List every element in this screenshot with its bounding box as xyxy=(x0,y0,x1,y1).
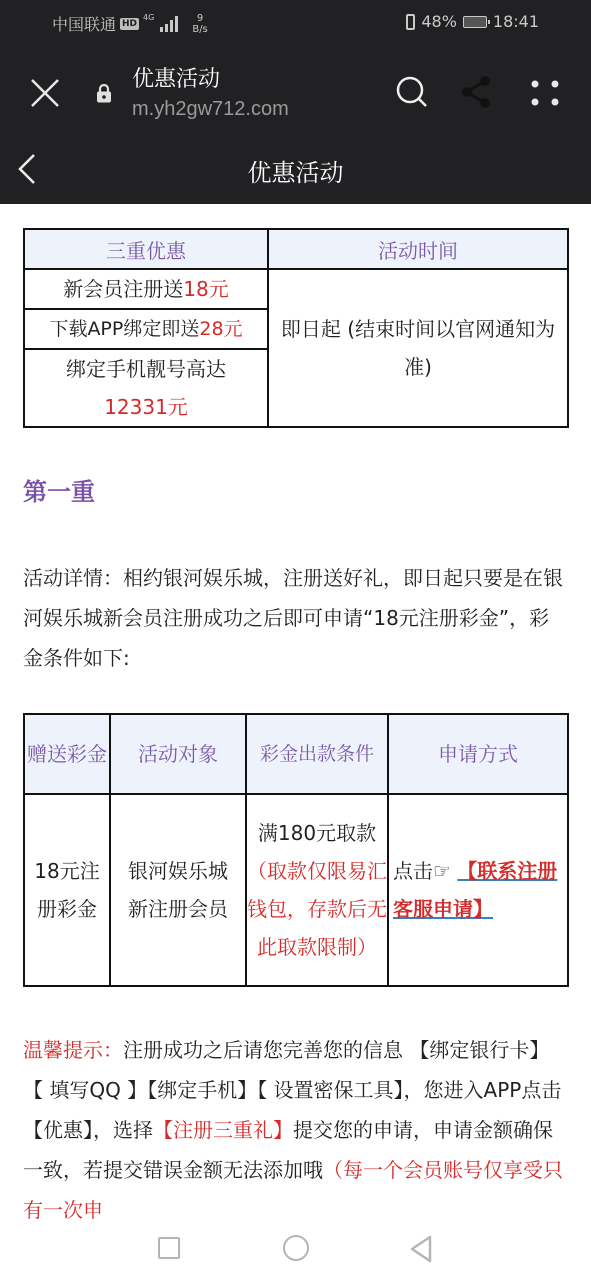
tip-paragraph: 温馨提示：注册成功之后请您完善您的信息 【绑定银行卡】 【 填写QQ 】【绑定手… xyxy=(23,1030,571,1220)
more-icon[interactable] xyxy=(528,76,562,110)
condition-main: 满180元取款 xyxy=(258,821,376,845)
promo-amount: 18元 xyxy=(183,277,228,301)
table-header: 活动时间 xyxy=(268,229,568,269)
table-header: 彩金出款条件 xyxy=(246,714,388,794)
back-triangle-icon[interactable] xyxy=(408,1234,434,1264)
table-cell-bonus: 18元注册彩金 xyxy=(24,794,110,986)
table-header: 三重优惠 xyxy=(24,229,268,269)
hd-icon: HD xyxy=(120,18,139,30)
table-cell: 绑定手机靓号高达12331元 xyxy=(24,349,268,427)
battery-icon xyxy=(463,16,487,28)
vibrate-icon xyxy=(406,14,415,30)
bonus-table: 赠送彩金 活动对象 彩金出款条件 申请方式 18元注册彩金 银河娱乐城新注册会员… xyxy=(23,713,569,987)
table-header: 活动对象 xyxy=(110,714,246,794)
url-text[interactable]: m.yh2gw712.com xyxy=(132,98,289,121)
activity-details: 活动详情：相约银河娱乐城，注册送好礼，即日起只要是在银河娱乐城新会员注册成功之后… xyxy=(23,558,568,678)
section-heading: 第一重 xyxy=(23,472,95,507)
battery-percent: 48% xyxy=(421,12,457,31)
table-cell-time: 即日起 (结束时间以官网通知为准) xyxy=(268,269,568,427)
table-cell: 新会员注册送18元 xyxy=(24,269,268,309)
close-icon[interactable] xyxy=(28,76,62,110)
net-speed: 9 B/s xyxy=(192,13,207,35)
page-header: 优惠活动 xyxy=(0,135,591,204)
tip-label: 温馨提示： xyxy=(23,1038,123,1062)
promo-amount: 12331元 xyxy=(104,395,188,419)
promo-amount: 28元 xyxy=(199,318,242,340)
carrier-label: 中国联通 xyxy=(52,12,116,35)
status-bar: 中国联通 HD 4G 9 B/s 48% 18:41 xyxy=(0,0,591,50)
promo-text: 下载APP绑定即送 xyxy=(49,318,199,340)
table-cell-target: 银河娱乐城新注册会员 xyxy=(110,794,246,986)
promo-text: 绑定手机靓号高达 xyxy=(66,357,226,381)
table-header: 申请方式 xyxy=(388,714,568,794)
tip-highlight: 【注册三重礼】 xyxy=(153,1118,293,1142)
search-icon[interactable] xyxy=(394,74,430,110)
status-right: 48% 18:41 xyxy=(406,12,539,31)
table-cell: 下载APP绑定即送28元 xyxy=(24,309,268,349)
table-header: 赠送彩金 xyxy=(24,714,110,794)
status-left: 中国联通 HD 4G 9 B/s xyxy=(52,12,208,35)
recents-icon[interactable] xyxy=(158,1237,180,1259)
promo-summary-table: 三重优惠 活动时间 新会员注册送18元 即日起 (结束时间以官网通知为准) 下载… xyxy=(23,228,569,428)
promo-text: 新会员注册送 xyxy=(63,277,183,301)
apply-prefix: 点击☞ xyxy=(393,859,451,883)
network-type: 4G xyxy=(143,13,154,22)
system-nav-bar xyxy=(0,1220,591,1280)
net-speed-value: 9 xyxy=(197,13,203,24)
content-area[interactable]: 三重优惠 活动时间 新会员注册送18元 即日起 (结束时间以官网通知为准) 下载… xyxy=(0,204,591,1220)
condition-note: （取款仅限易汇钱包，存款后无此取款限制） xyxy=(247,859,387,959)
browser-page-title: 优惠活动 xyxy=(132,62,220,93)
signal-icon xyxy=(160,16,178,32)
net-speed-unit: B/s xyxy=(192,24,207,35)
lock-icon xyxy=(96,83,112,103)
browser-toolbar: 优惠活动 m.yh2gw712.com xyxy=(0,50,591,135)
clock: 18:41 xyxy=(493,12,539,31)
table-cell-condition: 满180元取款 （取款仅限易汇钱包，存款后无此取款限制） xyxy=(246,794,388,986)
home-icon[interactable] xyxy=(283,1235,309,1261)
table-cell-apply: 点击☞ 【联系注册客服申请】 xyxy=(388,794,568,986)
page-title: 优惠活动 xyxy=(0,153,591,188)
share-icon[interactable] xyxy=(458,74,494,110)
